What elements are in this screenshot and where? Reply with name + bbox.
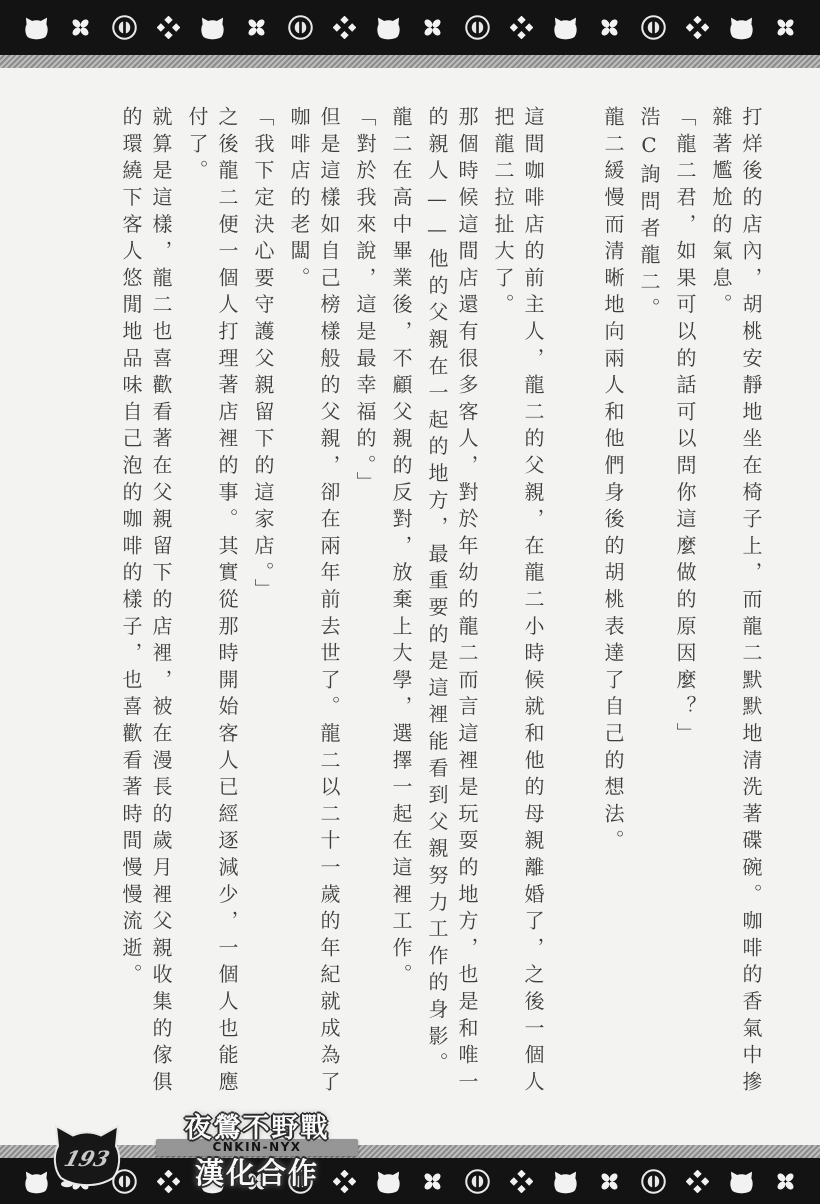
cat-icon: [728, 1168, 755, 1195]
clover-icon: [421, 1170, 444, 1193]
top-hatch-strip: [0, 55, 820, 68]
scanned-novel-page: 打烊後的店內，胡桃安靜地坐在椅子上，而龍二默默地清洗著碟碗。咖啡的香氣中摻雜著尷…: [0, 0, 820, 1204]
paragraph: 浩C詢問者龍二。: [634, 106, 664, 1104]
cat-icon: [375, 1168, 402, 1195]
cat-icon: [23, 1168, 50, 1195]
cat-icon: [199, 14, 226, 41]
clover-icon: [598, 1170, 621, 1193]
clover-icon: [774, 1170, 797, 1193]
cd-logo-icon: [111, 14, 138, 41]
paragraph: 龍二在高中畢業後，不顧父親的反對，放棄上大學，選擇一起在這裡工作。: [386, 106, 416, 1104]
clover-icon: [421, 16, 444, 39]
cd-logo-icon: [287, 14, 314, 41]
cd-logo-icon: [464, 14, 491, 41]
top-border-band: [0, 0, 820, 55]
scanlation-watermark: 夜鶯不野戰 CNKIN-NYX 漢化合作: [156, 1114, 358, 1190]
paragraph: 打烊後的店內，胡桃安靜地坐在椅子上，而龍二默默地清洗著碟碗。咖啡的香氣中摻雜著尷…: [706, 106, 766, 1104]
page-number-cat: 193: [50, 1120, 124, 1192]
diamonds-icon: [686, 16, 709, 39]
paragraph: 龍二緩慢而清晰地向兩人和他們身後的胡桃表達了自己的想法。: [598, 106, 628, 1104]
cat-icon: [728, 14, 755, 41]
cd-logo-icon: [640, 14, 667, 41]
diamonds-icon: [510, 1170, 533, 1193]
cat-icon: [552, 1168, 579, 1195]
cd-logo-icon: [640, 1168, 667, 1195]
clover-icon: [774, 16, 797, 39]
paragraph: 這間咖啡店的前主人，龍二的父親，在龍二小時候就和他的母親離婚了，之後一個人把龍二…: [488, 106, 548, 1104]
watermark-subtitle-line: 漢化合作: [156, 1157, 358, 1190]
paragraph: 但是這樣如自己榜樣般的父親，卻在兩年前去世了。龍二以二十一歲的年紀就成為了咖啡店…: [284, 106, 344, 1104]
paragraph: 那個時候這間店還有很多客人，對於年幼的龍二而言這裡是玩耍的地方，也是和唯一的親人…: [422, 106, 482, 1104]
paragraph: 「我下定決心要守護父親留下的這家店。」: [248, 106, 278, 1104]
diamonds-icon: [510, 16, 533, 39]
diamonds-icon: [157, 16, 180, 39]
clover-icon: [69, 16, 92, 39]
page-number: 193: [60, 1146, 113, 1171]
cd-logo-icon: [464, 1168, 491, 1195]
text-area: 打烊後的店內，胡桃安靜地坐在椅子上，而龍二默默地清洗著碟碗。咖啡的香氣中摻雜著尷…: [94, 106, 766, 1104]
clover-icon: [598, 16, 621, 39]
paragraph: 之後龍二便一個人打理著店裡的事。其實從那時開始客人已經逐減少，一個人也能應付了。: [182, 106, 242, 1104]
diamonds-icon: [686, 1170, 709, 1193]
watermark-romanized-name: CNKIN-NYX: [212, 1140, 301, 1154]
cat-icon: [375, 14, 402, 41]
paragraph: 就算是這樣，龍二也喜歡看著在父親留下的店裡，被在漫長的歲月裡父親收集的傢俱的環繞…: [116, 106, 176, 1104]
paragraph: 「龍二君，如果可以的話可以問你這麼做的原因麼？」: [670, 106, 700, 1104]
clover-icon: [245, 16, 268, 39]
paragraph: 「對於我來說，這是最幸福的。」: [350, 106, 380, 1104]
cat-icon: [552, 14, 579, 41]
cat-icon: [23, 14, 50, 41]
diamonds-icon: [333, 16, 356, 39]
